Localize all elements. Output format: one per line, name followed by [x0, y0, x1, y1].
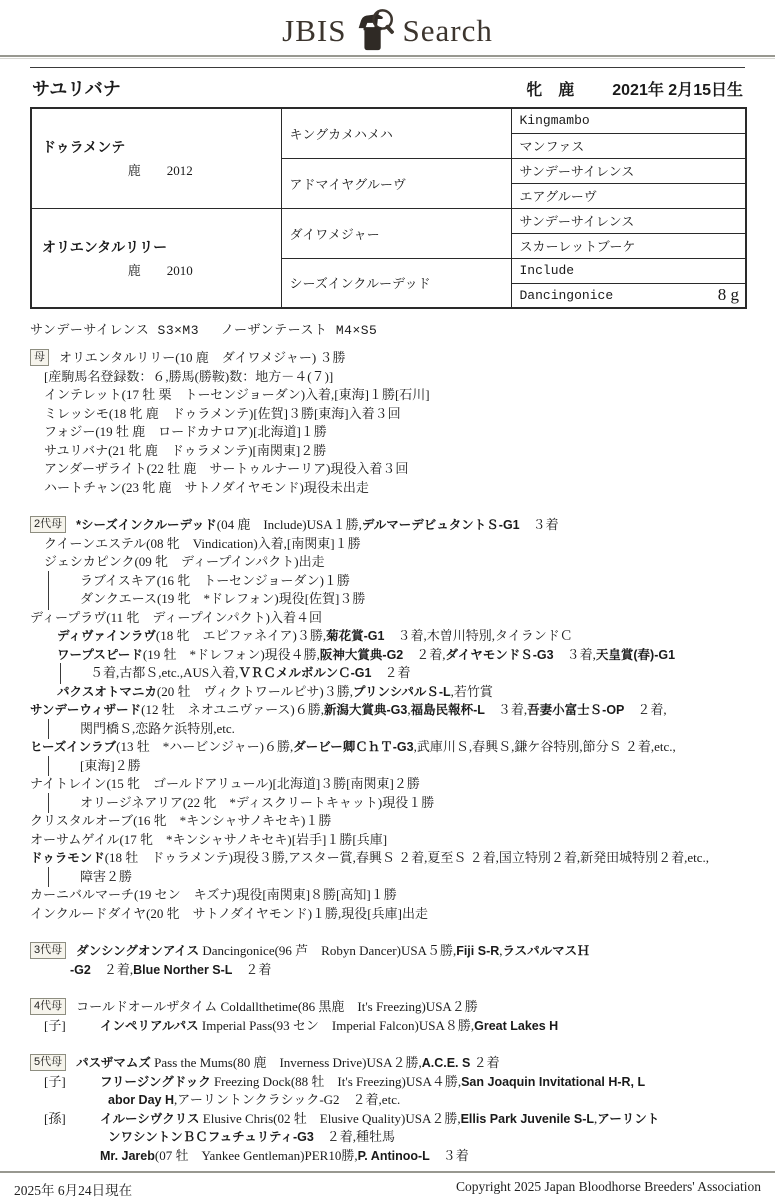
record-name-bold: ディヴァインラヴ	[57, 629, 156, 643]
record-text: ３着,	[485, 702, 527, 717]
record-text: インクルードダイヤ(20 牝 サトノダイヤモンド)１勝,現役[兵庫]出走	[30, 906, 428, 921]
record-line: 障害２勝	[30, 868, 745, 887]
record-line: オリージネアリア(22 牝 *ディスクリートキャット)現役１勝	[30, 794, 745, 813]
record-text: ナイトレイン(15 牝 ゴールドアリュール)[北海道]３勝[南関東]２勝	[30, 776, 420, 791]
record-name-bold: abor Day H	[108, 1093, 174, 1107]
sire-name: ドゥラメンテ	[40, 137, 281, 157]
record-line: ワープスピード(19 牡 *ドレフォン)現役４勝,阪神大賞典-G2 ２着,ダイヤ…	[30, 646, 745, 665]
record-text: ３着	[520, 517, 559, 532]
record-text: (20 牡 ヴィクトワールピサ)３勝,	[157, 684, 353, 699]
record-line: ンワシントンＢＣフュチュリティ-G3 ２着,種牡馬	[30, 1128, 745, 1147]
record-text: ２着	[232, 962, 271, 977]
sire-cell: ドゥラメンテ 鹿 2012	[31, 108, 281, 208]
record-name-bold: アーリント	[597, 1112, 659, 1126]
generation-label: 母	[30, 349, 49, 366]
grandparent-cell: アドマイヤグルーヴ	[281, 158, 511, 208]
record-line: abor Day H,アーリントンクラシック-G2 ２着,etc.	[30, 1091, 745, 1110]
record-line: 5代母パスザマムズ Pass the Mums(80 鹿 Inverness D…	[30, 1054, 745, 1073]
record-line: フォジー(19 牡 鹿 ロードカナロア)[北海道]１勝	[30, 423, 745, 442]
record-text: Elusive Chris(02 牡 Elusive Quality)USA２勝…	[200, 1111, 461, 1126]
record-text: Imperial Pass(93 セン Imperial Falcon)USA８…	[199, 1018, 474, 1033]
record-name-bold: P. Antinoo-L	[358, 1149, 430, 1163]
pedigree-table: ドゥラメンテ 鹿 2012 キングカメハメハ Kingmambo マンファス ア…	[30, 107, 747, 309]
record-text: ラブイスキア(16 牝 トーセンジョーダン)１勝	[80, 573, 350, 588]
record-line: 4代母コールドオールザタイム Coldallthetime(86 黒鹿 It's…	[30, 998, 745, 1017]
record-name-bold: ドゥラモンド	[30, 851, 105, 865]
record-name-bold: Fiji S-R	[456, 944, 499, 958]
record-name-bold: フリージングドック	[100, 1075, 211, 1089]
record-line: ５着,古都Ｓ,etc.,AUS入着,ＶＲＣメルボルンＣ-G1 ２着	[30, 664, 745, 683]
record-name-bold: Ellis Park Juvenile S-L	[461, 1112, 594, 1126]
record-name-bold: A.C.E. S	[422, 1056, 471, 1070]
record-name-bold: パスザマムズ	[76, 1056, 151, 1070]
record-name-bold: ＶＲＣメルボルンＣ-G1	[238, 666, 371, 680]
record-line: ジェシカピンク(09 牝 ディープインパクト)出走	[30, 553, 745, 572]
record-text: ジェシカピンク(09 牝 ディープインパクト)出走	[44, 554, 325, 569]
record-name-bold: ダンシングオンアイス	[76, 944, 199, 958]
record-text: 関門橋Ｓ,恋路ケ浜特別,etc.	[80, 721, 235, 736]
record-name-bold: ワープスピード	[57, 648, 143, 662]
record-text: オリエンタルリリー(10 鹿 ダイワメジャー) ３勝	[59, 350, 345, 365]
horse-name: サユリバナ	[32, 75, 121, 101]
horse-magnifier-icon	[349, 7, 399, 53]
record-name-bold: インペリアルパス	[100, 1019, 199, 1033]
generation-label: 4代母	[30, 998, 66, 1015]
record-text: (18 牝 エピファネイア)３勝,	[156, 628, 326, 643]
inbreeding-note: サンデーサイレンス S3×M3 ノーザンテースト M4×S5	[30, 319, 745, 338]
page-header: JBIS Search	[0, 0, 775, 55]
record-text: ２着,	[624, 702, 666, 717]
great-grandparent-cell: Dancingonice 8 g	[511, 283, 746, 308]
record-text: (18 牡 ドゥラメンテ)現役３勝,アスター賞,春興Ｓ ２着,夏至Ｓ ２着,国立…	[105, 850, 709, 865]
record-name-bold: イルーシヴクリス	[100, 1112, 200, 1126]
record-line: [産駒馬名登録数：６,勝馬(勝鞍)数：地方－４(７)]	[30, 368, 745, 387]
record-name-bold: 天皇賞(春)-G1	[596, 648, 675, 662]
record-text: ,アーリントンクラシック-G2 ２着,etc.	[174, 1092, 400, 1107]
record-line: -G2 ２着,Blue Norther S-L ２着	[30, 961, 745, 980]
record-text: クイーンエステル(08 牝 Vindication)入着,[南関東]１勝	[44, 536, 361, 551]
record-text: ,武庫川Ｓ,春興Ｓ,鎌ケ谷特別,節分Ｓ ２着,etc.,	[414, 739, 676, 754]
horse-birth-date: 2021年 2月15日生	[612, 82, 743, 99]
record-line: サユリバナ(21 牝 鹿 ドゥラメンテ)[南関東]２勝	[30, 442, 745, 461]
record-text: Pass the Mums(80 鹿 Inverness Drive)USA２勝…	[151, 1055, 422, 1070]
record-name-bold: ラスパルマスＨ	[503, 944, 590, 958]
relation-label: [子]	[44, 1073, 100, 1092]
record-text: オーサムゲイル(17 牝 *キンシャサノキセキ)[岩手]１勝[兵庫]	[30, 832, 387, 847]
record-line: 関門橋Ｓ,恋路ケ浜特別,etc.	[30, 720, 745, 739]
record-name-bold: Blue Norther S-L	[133, 963, 232, 977]
tree-connector	[48, 719, 49, 740]
record-name-bold: プリンシパルＳ-L	[353, 685, 451, 699]
record-text: Dancingonice(96 芦 Robyn Dancer)USA５勝,	[199, 943, 456, 958]
record-name-bold: 菊花賞-G1	[326, 629, 384, 643]
great-grandparent-cell: サンデーサイレンス	[511, 208, 746, 233]
record-text: インテレット(17 牡 栗 トーセンジョーダン)入着,[東海]１勝[石川]	[44, 387, 430, 402]
record-line: 母オリエンタルリリー(10 鹿 ダイワメジャー) ３勝	[30, 349, 745, 368]
record-line: 3代母ダンシングオンアイス Dancingonice(96 芦 Robyn Da…	[30, 942, 745, 961]
record-line: ディープラヴ(11 牝 ディープインパクト)入着４回	[30, 609, 745, 628]
record-name-bold: ダイヤモンドＳ-G3	[446, 648, 554, 662]
record-name-bold: ヒーズインラブ	[30, 740, 116, 754]
record-line: パクスオトマニカ(20 牡 ヴィクトワールピサ)３勝,プリンシパルＳ-L,若竹賞	[30, 683, 745, 702]
pedigree-report-page: JBIS Search サユリバナ 牝 鹿2021年 2月15日生	[0, 0, 775, 1200]
record-line: ドゥラモンド(18 牡 ドゥラメンテ)現役３勝,アスター賞,春興Ｓ ２着,夏至Ｓ…	[30, 849, 745, 868]
record-name-bold: Mr. Jareb	[100, 1149, 155, 1163]
footer-copyright: Copyright 2025 Japan Bloodhorse Breeders…	[456, 1179, 761, 1199]
great-grandparent-cell: スカーレットブーケ	[511, 233, 746, 258]
record-text: (04 鹿 Include)USA１勝,	[217, 517, 362, 532]
record-line: インテレット(17 牡 栗 トーセンジョーダン)入着,[東海]１勝[石川]	[30, 386, 745, 405]
record-name-bold: 福島民報杯-L	[411, 703, 485, 717]
record-name-bold: サンデーウィザード	[30, 703, 141, 717]
record-text: ２着,	[403, 647, 445, 662]
dam-coat-year: 鹿 2010	[40, 260, 281, 279]
record-text: ２着	[371, 665, 410, 680]
record-text: [産駒馬名登録数：６,勝馬(勝鞍)数：地方－４(７)]	[44, 369, 333, 384]
record-name-bold: San Joaquin Invitational H-R, L	[461, 1075, 645, 1089]
grandparent-cell: キングカメハメハ	[281, 108, 511, 158]
record-text: ハートチャン(23 牝 鹿 サトノダイヤモンド)現役未出走	[44, 480, 369, 495]
header-divider	[0, 55, 775, 59]
dam-cell: オリエンタルリリー 鹿 2010	[31, 208, 281, 308]
record-text: ２着	[470, 1055, 499, 1070]
record-name-bold: *シーズインクルーデッド	[76, 518, 217, 532]
record-name-bold: 吾妻小富士Ｓ-OP	[527, 703, 624, 717]
family-number: 8 g	[718, 285, 739, 305]
record-text: ３着,	[554, 647, 596, 662]
record-text: ３着,木曽川特別,タイランドＣ	[384, 628, 572, 643]
record-line: [孫]イルーシヴクリス Elusive Chris(02 牡 Elusive Q…	[30, 1110, 745, 1129]
record-name-bold: パクスオトマニカ	[57, 685, 157, 699]
great-grandparent-name: Dancingonice	[520, 288, 614, 303]
record-name-bold: デルマーデビュタントＳ-G1	[362, 518, 520, 532]
tree-connector	[48, 756, 49, 777]
record-text: サユリバナ(21 牝 鹿 ドゥラメンテ)[南関東]２勝	[44, 443, 326, 458]
record-line: サンデーウィザード(12 牡 ネオユニヴァース)６勝,新潟大賞典-G3,福島民報…	[30, 701, 745, 720]
jbis-logo: JBIS Search	[282, 7, 493, 53]
horse-sex-coat: 牝 鹿	[526, 82, 574, 99]
great-grandparent-cell: サンデーサイレンス	[511, 158, 746, 183]
record-line: ナイトレイン(15 牝 ゴールドアリュール)[北海道]３勝[南関東]２勝	[30, 775, 745, 794]
record-line: [東海]２勝	[30, 757, 745, 776]
record-name-bold: 新潟大賞典-G3	[324, 703, 407, 717]
record-line: ラブイスキア(16 牝 トーセンジョーダン)１勝	[30, 572, 745, 591]
record-line: ヒーズインラブ(13 牡 *ハービンジャー)６勝,ダービー卿ＣｈＴ-G3,武庫川…	[30, 738, 745, 757]
record-text: ,若竹賞	[451, 684, 493, 699]
record-line: Mr. Jareb(07 牡 Yankee Gentleman)PER10勝,P…	[30, 1147, 745, 1166]
page-footer: 2025年 6月24日現在 Copyright 2025 Japan Blood…	[0, 1171, 775, 1199]
dam-name: オリエンタルリリー	[40, 237, 281, 257]
record-line: 2代母*シーズインクルーデッド(04 鹿 Include)USA１勝,デルマーデ…	[30, 516, 745, 535]
record-line: クリスタルオーブ(16 牝 *キンシャサノキセキ)１勝	[30, 812, 745, 831]
record-text: オリージネアリア(22 牝 *ディスクリートキャット)現役１勝	[80, 795, 434, 810]
record-text: アンダーザライト(22 牡 鹿 サートゥルナーリア)現役入着３回	[44, 461, 408, 476]
record-text: ダンクエース(19 牝 *ドレフォン)現役[佐賀]３勝	[80, 591, 365, 606]
record-text: ミレッシモ(18 牝 鹿 ドゥラメンテ)[佐賀]３勝[東海]入着３回	[44, 406, 401, 421]
great-grandparent-cell: マンファス	[511, 133, 746, 158]
record-text: ２着,種牡馬	[314, 1129, 395, 1144]
record-text: (19 牡 *ドレフォン)現役４勝,	[143, 647, 320, 662]
record-text: (13 牡 *ハービンジャー)６勝,	[116, 739, 293, 754]
tree-connector	[48, 867, 49, 888]
great-grandparent-cell: Include	[511, 258, 746, 283]
record-name-bold: Great Lakes H	[474, 1019, 558, 1033]
tree-connector	[48, 571, 49, 592]
record-text: [東海]２勝	[80, 758, 141, 773]
record-line: [子]フリージングドック Freezing Dock(88 牡 It's Fre…	[30, 1073, 745, 1092]
record-name-bold: 阪神大賞典-G2	[320, 648, 403, 662]
record-name-bold: ンワシントンＢＣフュチュリティ-G3	[108, 1130, 314, 1144]
record-text: クリスタルオーブ(16 牝 *キンシャサノキセキ)１勝	[30, 813, 331, 828]
record-text: フォジー(19 牡 鹿 ロードカナロア)[北海道]１勝	[44, 424, 327, 439]
tree-connector	[48, 589, 49, 610]
grandparent-cell: シーズインクルーデッド	[281, 258, 511, 308]
record-text: コールドオールザタイム Coldallthetime(86 黒鹿 It's Fr…	[76, 999, 478, 1014]
logo-jbis-text: JBIS	[282, 9, 346, 53]
great-grandparent-cell: Kingmambo	[511, 108, 746, 133]
title-row: サユリバナ 牝 鹿2021年 2月15日生	[30, 67, 745, 107]
footer-date: 2025年 6月24日現在	[14, 1179, 132, 1199]
record-name-bold: ダービー卿ＣｈＴ-G3	[293, 740, 413, 754]
logo-search-text: Search	[402, 9, 492, 53]
generation-label: 2代母	[30, 516, 66, 533]
record-text: (12 牡 ネオユニヴァース)６勝,	[141, 702, 324, 717]
record-text: (07 牡 Yankee Gentleman)PER10勝,	[155, 1148, 358, 1163]
record-name-bold: -G2	[70, 963, 91, 977]
family-records: 母オリエンタルリリー(10 鹿 ダイワメジャー) ３勝[産駒馬名登録数：６,勝馬…	[30, 349, 745, 1165]
sire-coat-year: 鹿 2012	[40, 160, 281, 179]
record-line: ダンクエース(19 牝 *ドレフォン)現役[佐賀]３勝	[30, 590, 745, 609]
relation-label: [孫]	[44, 1110, 100, 1129]
tree-connector	[60, 663, 61, 684]
record-line: アンダーザライト(22 牡 鹿 サートゥルナーリア)現役入着３回	[30, 460, 745, 479]
record-line: カーニバルマーチ(19 セン キズナ)現役[南関東]８勝[高知]１勝	[30, 886, 745, 905]
record-line: クイーンエステル(08 牝 Vindication)入着,[南関東]１勝	[30, 535, 745, 554]
record-line: ハートチャン(23 牝 鹿 サトノダイヤモンド)現役未出走	[30, 479, 745, 498]
relation-label: [子]	[44, 1017, 100, 1036]
generation-label: 5代母	[30, 1054, 66, 1071]
record-line: [子]インペリアルパス Imperial Pass(93 セン Imperial…	[30, 1017, 745, 1036]
record-text: ５着,古都Ｓ,etc.,AUS入着,	[90, 665, 238, 680]
record-text: 障害２勝	[80, 869, 132, 884]
record-line: ディヴァインラヴ(18 牝 エピファネイア)３勝,菊花賞-G1 ３着,木曽川特別…	[30, 627, 745, 646]
record-line: インクルードダイヤ(20 牝 サトノダイヤモンド)１勝,現役[兵庫]出走	[30, 905, 745, 924]
great-grandparent-cell: エアグルーヴ	[511, 183, 746, 208]
grandparent-cell: ダイワメジャー	[281, 208, 511, 258]
record-line: オーサムゲイル(17 牝 *キンシャサノキセキ)[岩手]１勝[兵庫]	[30, 831, 745, 850]
record-text: ２着,	[91, 962, 133, 977]
record-line: ミレッシモ(18 牝 鹿 ドゥラメンテ)[佐賀]３勝[東海]入着３回	[30, 405, 745, 424]
generation-label: 3代母	[30, 942, 66, 959]
record-text: ディープラヴ(11 牝 ディープインパクト)入着４回	[30, 610, 322, 625]
record-text: ３着	[430, 1148, 469, 1163]
tree-connector	[48, 793, 49, 814]
record-text: Freezing Dock(88 牡 It's Freezing)USA４勝,	[211, 1074, 461, 1089]
record-text: カーニバルマーチ(19 セン キズナ)現役[南関東]８勝[高知]１勝	[30, 887, 397, 902]
